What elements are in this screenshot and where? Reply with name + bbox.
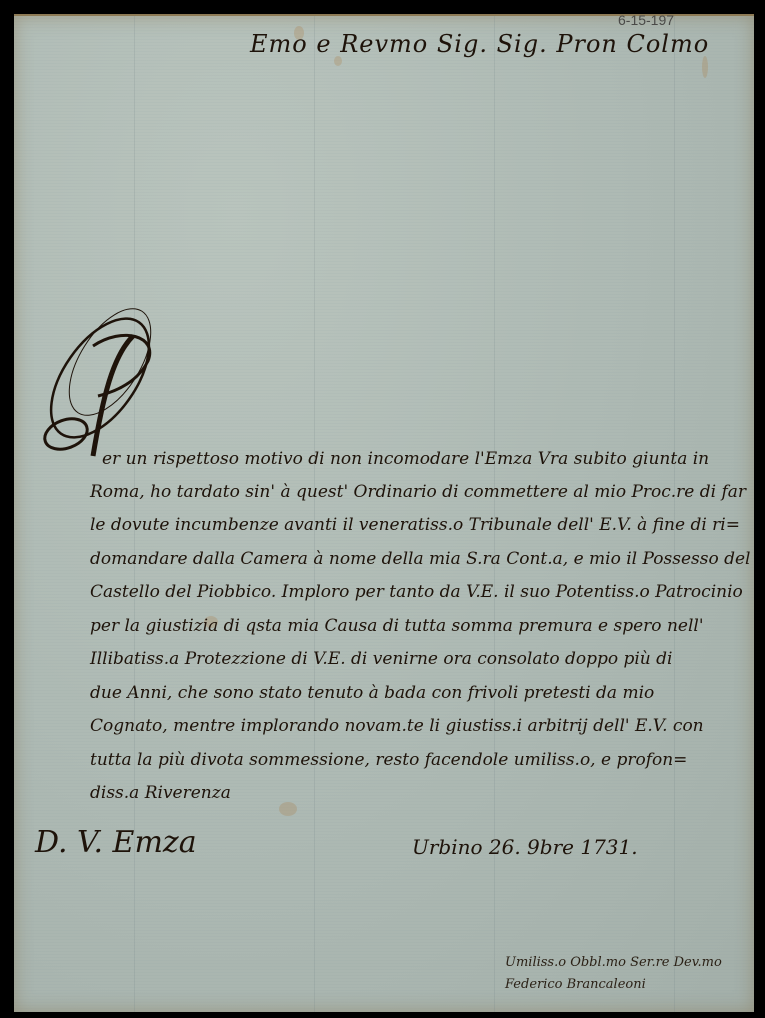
- letter-body-line: le dovute incumbenze avanti il veneratis…: [90, 515, 740, 535]
- ornamental-initial-p: [38, 306, 168, 466]
- place-and-date: Urbino 26. 9bre 1731.: [412, 835, 638, 859]
- paper-chain-line: [314, 16, 315, 1012]
- paper-chain-line: [134, 16, 135, 1012]
- letter-body-line: er un rispettoso motivo di non incomodar…: [102, 449, 709, 469]
- paper-chain-line: [494, 16, 495, 1012]
- letter-body-line: domandare dalla Camera à nome della mia …: [90, 549, 751, 569]
- archive-reference-number: 6-15-197: [618, 12, 674, 28]
- letter-body-line: Cognato, mentre implorando novam.te li g…: [90, 716, 704, 736]
- letter-body-line: Castello del Piobbico. Imploro per tanto…: [90, 582, 743, 602]
- foxing-stain: [279, 802, 297, 816]
- paper-chain-line: [674, 16, 675, 1012]
- letter-body-line: Roma, ho tardato sin' à quest' Ordinario…: [90, 482, 746, 502]
- signature-title: Umiliss.o Obbl.mo Ser.re Dev.mo: [505, 952, 722, 974]
- manuscript-page: [14, 14, 754, 1012]
- foxing-stain: [702, 56, 708, 78]
- salutation-heading: Emo e Revmo Sig. Sig. Pron Colmo: [250, 30, 709, 58]
- signature-block: Umiliss.o Obbl.mo Ser.re Dev.mo Federico…: [505, 952, 722, 996]
- letter-body-line: diss.a Riverenza: [90, 783, 231, 803]
- letter-body-line: tutta la più divota sommessione, resto f…: [90, 750, 687, 770]
- closing-address: D. V. Emza: [35, 825, 197, 860]
- letter-body-line: Illibatiss.a Protezzione di V.E. di veni…: [90, 649, 672, 669]
- signature-name: Federico Brancaleoni: [505, 974, 722, 996]
- letter-body-line: due Anni, che sono stato tenuto à bada c…: [90, 683, 654, 703]
- letter-body-line: per la giustizia di qsta mia Causa di tu…: [90, 616, 704, 636]
